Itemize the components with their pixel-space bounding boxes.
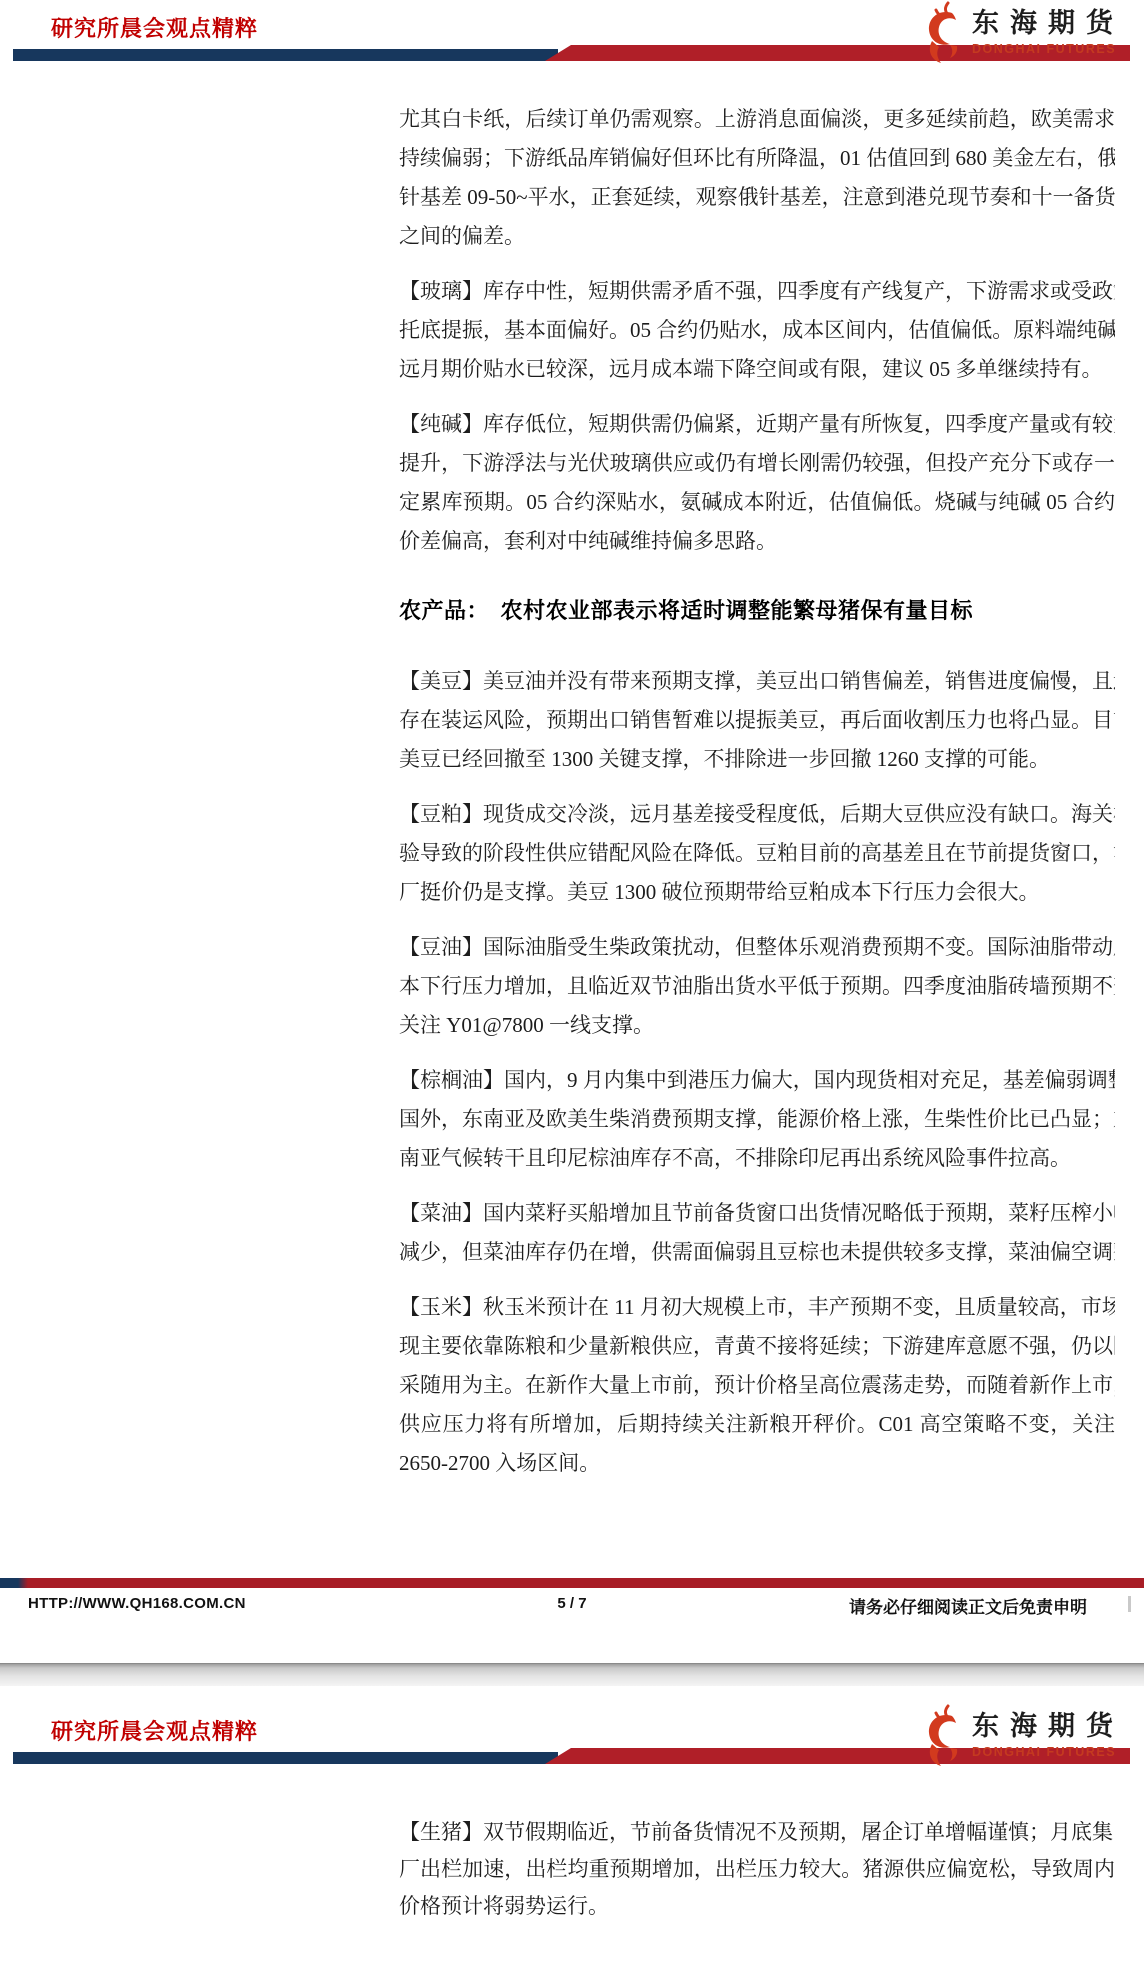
text-line: 关注 Y01@7800 一线支撑。	[399, 1006, 1115, 1045]
paragraph-soda-ash: 【纯碱】库存低位，短期供需仍偏紧，近期产量有所恢复，四季度产量或有较大提升，下游…	[399, 405, 1115, 561]
text-line: 【纯碱】库存低位，短期供需仍偏紧，近期产量有所恢复，四季度产量或有较大	[399, 405, 1115, 444]
text-line: 【豆油】国际油脂受生柴政策扰动，但整体乐观消费预期不变。国际油脂带动成	[399, 928, 1115, 967]
text-line: 【豆粕】现货成交冷淡，远月基差接受程度低，后期大豆供应没有缺口。海关检	[399, 795, 1115, 834]
text-line: 2650-2700 入场区间。	[399, 1444, 1115, 1483]
text-line: 现主要依靠陈粮和少量新粮供应，青黄不接将延续；下游建库意愿不强，仍以随	[399, 1327, 1115, 1366]
paragraph-us-soybean: 【美豆】美豆油并没有带来预期支撑，美豆出口销售偏差，销售进度偏慢，且还存在装运风…	[399, 662, 1115, 779]
text-line: 美豆已经回撤至 1300 关键支撑，不排除进一步回撤 1260 支撑的可能。	[399, 740, 1115, 779]
paragraph-pulp-paper: 尤其白卡纸，后续订单仍需观察。上游消息面偏淡，更多延续前趋，欧美需求持续偏弱；下…	[399, 100, 1115, 256]
text-line: 价格预计将弱势运行。	[399, 1888, 1115, 1925]
paragraph-soybean-meal: 【豆粕】现货成交冷淡，远月基差接受程度低，后期大豆供应没有缺口。海关检验导致的阶…	[399, 795, 1115, 912]
text-line: 南亚气候转干且印尼棕油库存不高，不排除印尼再出系统风险事件拉高。	[399, 1139, 1115, 1178]
paragraph-corn: 【玉米】秋玉米预计在 11 月初大规模上市，丰产预期不变，且质量较高，市场现主要…	[399, 1288, 1115, 1483]
page-separator	[0, 1663, 1144, 1686]
paragraph-rapeseed-oil: 【菜油】国内菜籽买船增加且节前备货窗口出货情况略低于预期，菜籽压榨小幅减少，但菜…	[399, 1194, 1115, 1272]
text-line: 之间的偏差。	[399, 217, 1115, 256]
text-line: 厂挺价仍是支撑。美豆 1300 破位预期带给豆粕成本下行压力会很大。	[399, 873, 1115, 912]
text-line: 【美豆】美豆油并没有带来预期支撑，美豆出口销售偏差，销售进度偏慢，且还	[399, 662, 1115, 701]
text-line: 针基差 09-50~平水，正套延续，观察俄针基差，注意到港兑现节奏和十一备货	[399, 178, 1115, 217]
section-heading-agriculture: 农产品： 农村农业部表示将适时调整能繁母猪保有量目标	[399, 591, 1115, 630]
brand-name-cn: 东海期货	[972, 10, 1124, 37]
text-line: 国外，东南亚及欧美生柴消费预期支撑，能源价格上涨，生柴性价比已凸显；东	[399, 1100, 1115, 1139]
text-line: 存在装运风险，预期出口销售暂难以提振美豆，再后面收割压力也将凸显。目前	[399, 701, 1115, 740]
pdf-viewer-canvas: { "header": { "title": "研究所晨会观点精粹", "bra…	[0, 0, 1144, 1968]
text-line: 价差偏高，套利对中纯碱维持偏多思路。	[399, 522, 1115, 561]
report-page-1: 研究所晨会观点精粹 东海期货 DONGHAI FUTURES 尤其白卡纸，后续订…	[0, 0, 1144, 1663]
footer-disclaimer: 请务必仔细阅读正文后免责申明	[849, 1593, 1087, 1618]
text-line: 【玻璃】库存中性，短期供需矛盾不强，四季度有产线复产，下游需求或受政策	[399, 272, 1115, 311]
header-rule-blue	[13, 1752, 558, 1764]
brand-name-en: DONGHAI FUTURES	[972, 43, 1124, 56]
text-line: 持续偏弱；下游纸品库销偏好但环比有所降温，01 估值回到 680 美金左右，俄	[399, 139, 1115, 178]
brand-text-block: 东海期货 DONGHAI FUTURES	[972, 1, 1124, 67]
text-line: 减少，但菜油库存仍在增，供需面偏弱且豆棕也未提供较多支撑，菜油偏空调整。	[399, 1233, 1115, 1272]
brand-name-en: DONGHAI FUTURES	[972, 1746, 1124, 1759]
footer-page-number: 5 / 7	[512, 1595, 632, 1612]
text-line: 远月期价贴水已较深，远月成本端下降空间或有限，建议 05 多单继续持有。	[399, 350, 1115, 389]
text-line: 采随用为主。在新作大量上市前，预计价格呈高位震荡走势，而随着新作上市，	[399, 1366, 1115, 1405]
paragraph-palm-oil: 【棕榈油】国内，9 月内集中到港压力偏大，国内现货相对充足，基差偏弱调整。国外，…	[399, 1061, 1115, 1178]
report-body-column: 【生猪】双节假期临近，节前备货情况不及预期，屠企订单增幅谨慎；月底集团厂出栏加速…	[399, 1814, 1115, 1925]
paragraph-glass: 【玻璃】库存中性，短期供需矛盾不强，四季度有产线复产，下游需求或受政策托底提振，…	[399, 272, 1115, 389]
report-body-column: 尤其白卡纸，后续订单仍需观察。上游消息面偏淡，更多延续前趋，欧美需求持续偏弱；下…	[399, 100, 1115, 1483]
page-title: 研究所晨会观点精粹	[51, 1715, 258, 1746]
text-line: 尤其白卡纸，后续订单仍需观察。上游消息面偏淡，更多延续前趋，欧美需求	[399, 100, 1115, 139]
dragon-logo-icon	[912, 1704, 968, 1768]
text-line: 定累库预期。05 合约深贴水，氨碱成本附近，估值偏低。烧碱与纯碱 05 合约	[399, 483, 1115, 522]
text-line: 提升，下游浮法与光伏玻璃供应或仍有增长刚需仍较强，但投产充分下或存一	[399, 444, 1115, 483]
text-line: 【菜油】国内菜籽买船增加且节前备货窗口出货情况略低于预期，菜籽压榨小幅	[399, 1194, 1115, 1233]
text-line: 【生猪】双节假期临近，节前备货情况不及预期，屠企订单增幅谨慎；月底集团	[399, 1814, 1115, 1851]
text-line: 【棕榈油】国内，9 月内集中到港压力偏大，国内现货相对充足，基差偏弱调整。	[399, 1061, 1115, 1100]
text-line: 供应压力将有所增加，后期持续关注新粮开秤价。C01 高空策略不变，关注	[399, 1405, 1115, 1444]
company-logo: 东海期货 DONGHAI FUTURES	[912, 1704, 1142, 1770]
page-title: 研究所晨会观点精粹	[51, 12, 258, 43]
company-logo: 东海期货 DONGHAI FUTURES	[912, 1, 1142, 67]
paragraph-live-hogs: 【生猪】双节假期临近，节前备货情况不及预期，屠企订单增幅谨慎；月底集团厂出栏加速…	[399, 1814, 1115, 1925]
footer-rule	[0, 1578, 1144, 1588]
dragon-logo-icon	[912, 1, 968, 65]
text-line: 托底提振，基本面偏好。05 合约仍贴水，成本区间内，估值偏低。原料端纯碱	[399, 311, 1115, 350]
report-page-2: 研究所晨会观点精粹 东海期货 DONGHAI FUTURES 【生猪】双节假期临…	[0, 1703, 1144, 1968]
text-line: 本下行压力增加，且临近双节油脂出货水平低于预期。四季度油脂砖墙预期不变，	[399, 967, 1115, 1006]
brand-name-cn: 东海期货	[972, 1713, 1124, 1740]
text-line: 厂出栏加速，出栏均重预期增加，出栏压力较大。猪源供应偏宽松，导致周内	[399, 1851, 1115, 1888]
footer-website-url: HTTP://WWW.QH168.COM.CN	[28, 1595, 246, 1612]
text-line: 【玉米】秋玉米预计在 11 月初大规模上市，丰产预期不变，且质量较高，市场	[399, 1288, 1115, 1327]
page-edge-mark	[1128, 1596, 1131, 1612]
paragraph-soybean-oil: 【豆油】国际油脂受生柴政策扰动，但整体乐观消费预期不变。国际油脂带动成本下行压力…	[399, 928, 1115, 1045]
brand-text-block: 东海期货 DONGHAI FUTURES	[972, 1704, 1124, 1770]
text-line: 验导致的阶段性供应错配风险在降低。豆粕目前的高基差且在节前提货窗口，油	[399, 834, 1115, 873]
header-rule-blue	[13, 49, 558, 61]
